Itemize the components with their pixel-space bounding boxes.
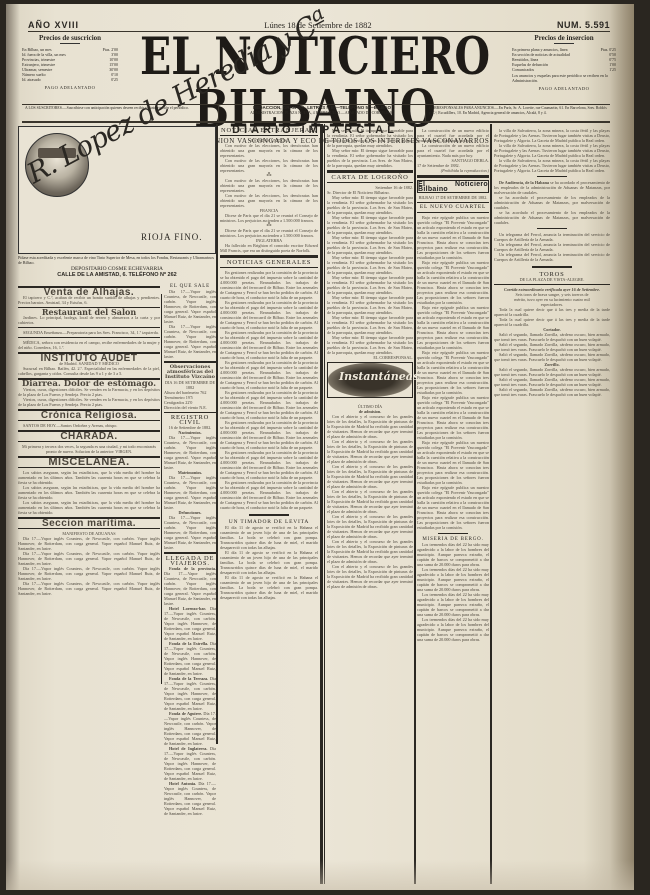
divider: [164, 552, 216, 554]
divider: [327, 182, 413, 183]
section-head: Crónica Religiosa.: [18, 413, 160, 418]
price-row: Id. atrasado0'25: [22, 77, 118, 82]
editorial-banner: El Noticiero Bilbaino: [417, 180, 489, 193]
logrono-column: Muy señor mío: El tiempo sigue favorable…: [327, 128, 413, 589]
center-left-column: EL QUE SALE Día 17.—Vapor inglés Countes…: [164, 284, 216, 816]
section-head: NOTICIAS GENERALES: [220, 260, 318, 265]
column-rule: [324, 124, 325, 884]
divider: [537, 228, 567, 229]
insertion-prices: Precios de insercion En primera plana y …: [512, 36, 616, 91]
ad-caption: Pídase esta acreditada y excelente marca…: [18, 256, 216, 266]
right-column: la villa de Salvatierra, la zona minera,…: [494, 128, 610, 397]
lopez-heredia-advertisement: R. Lopez de Heredia y Cª RIOJA FINO.: [18, 126, 216, 254]
column-rule: [216, 124, 218, 744]
section-head: CHARADA.: [18, 434, 160, 439]
payment-note: PAGO ADELANTADO: [512, 86, 616, 91]
bottom-margin: [6, 860, 634, 890]
divider: [417, 212, 489, 213]
page-edge-shadow: [610, 4, 634, 890]
divider: [220, 255, 318, 258]
binding-shadow: [6, 4, 20, 890]
divider: [494, 284, 610, 285]
year-label: AÑO XVIII: [28, 20, 79, 30]
divider: [417, 175, 489, 178]
instantaneas-ornament: Instantáneas: [327, 362, 413, 402]
divider: [327, 170, 413, 173]
divider: [532, 266, 572, 268]
newspaper-page: AÑO XVIII Lúnes 18 de Setiembre de 1882 …: [6, 4, 634, 890]
product-name: RIOJA FINO.: [141, 232, 203, 242]
subscription-prices: Precios de suscricion En Bilbao, un mesP…: [22, 36, 118, 90]
subscription-prices-title: Precios de suscricion: [22, 36, 118, 41]
news-column: NOTICIAS EXTRANJERAS. ESTADOS UNIDOS Con…: [220, 128, 318, 600]
divider: [417, 202, 489, 203]
payment-note: PAGO ADELANTADO: [22, 85, 118, 90]
office-address: REDACCION, GRAN VIA, LETRAS N E.—TELÉFON…: [218, 105, 426, 121]
section-head: CARTA DE LOGROÑO: [327, 175, 413, 180]
correspondents-notice: CORRESPONSALES PARA ANUNCIOS.—En París, …: [426, 105, 610, 121]
column-rule: [414, 124, 416, 884]
editorial-column: La construcción de un nuevo edificio par…: [417, 128, 489, 642]
ad-depot: DEPOSITARIO COSME ECHEVARRIA CALLE DE LA…: [18, 266, 216, 278]
column-rule: [320, 124, 323, 884]
left-column: Venta de Alhajas. El tapicero y C.ª, aca…: [18, 284, 160, 596]
divider: [220, 135, 318, 136]
divider: [18, 327, 160, 328]
column-rule: [490, 124, 492, 884]
issue-number: NUM. 5.591: [557, 20, 610, 30]
divider: [438, 533, 468, 534]
column-rule: [161, 294, 162, 684]
divider: [164, 361, 216, 363]
section-head: NOTICIAS EXTRANJERAS.: [220, 128, 318, 133]
insertion-note: Los anuncios y esquelas para este periód…: [512, 73, 616, 83]
section-head: Seccion marítima.: [18, 521, 160, 526]
divider: [18, 337, 160, 338]
price-row: Comunicados1'25: [512, 67, 616, 72]
weather-row: Dirección del viento N.E.: [164, 405, 216, 410]
divider: [60, 43, 80, 44]
insertion-prices-title: Precios de insercion: [512, 36, 616, 41]
divider: [537, 176, 567, 177]
divider: [554, 43, 574, 44]
divider: [249, 514, 289, 516]
section-head: EL NUEVO CUARTEL: [417, 205, 489, 210]
section-head: MISCELANEA.: [18, 460, 160, 465]
divider: [220, 267, 318, 268]
divider: [164, 412, 216, 413]
